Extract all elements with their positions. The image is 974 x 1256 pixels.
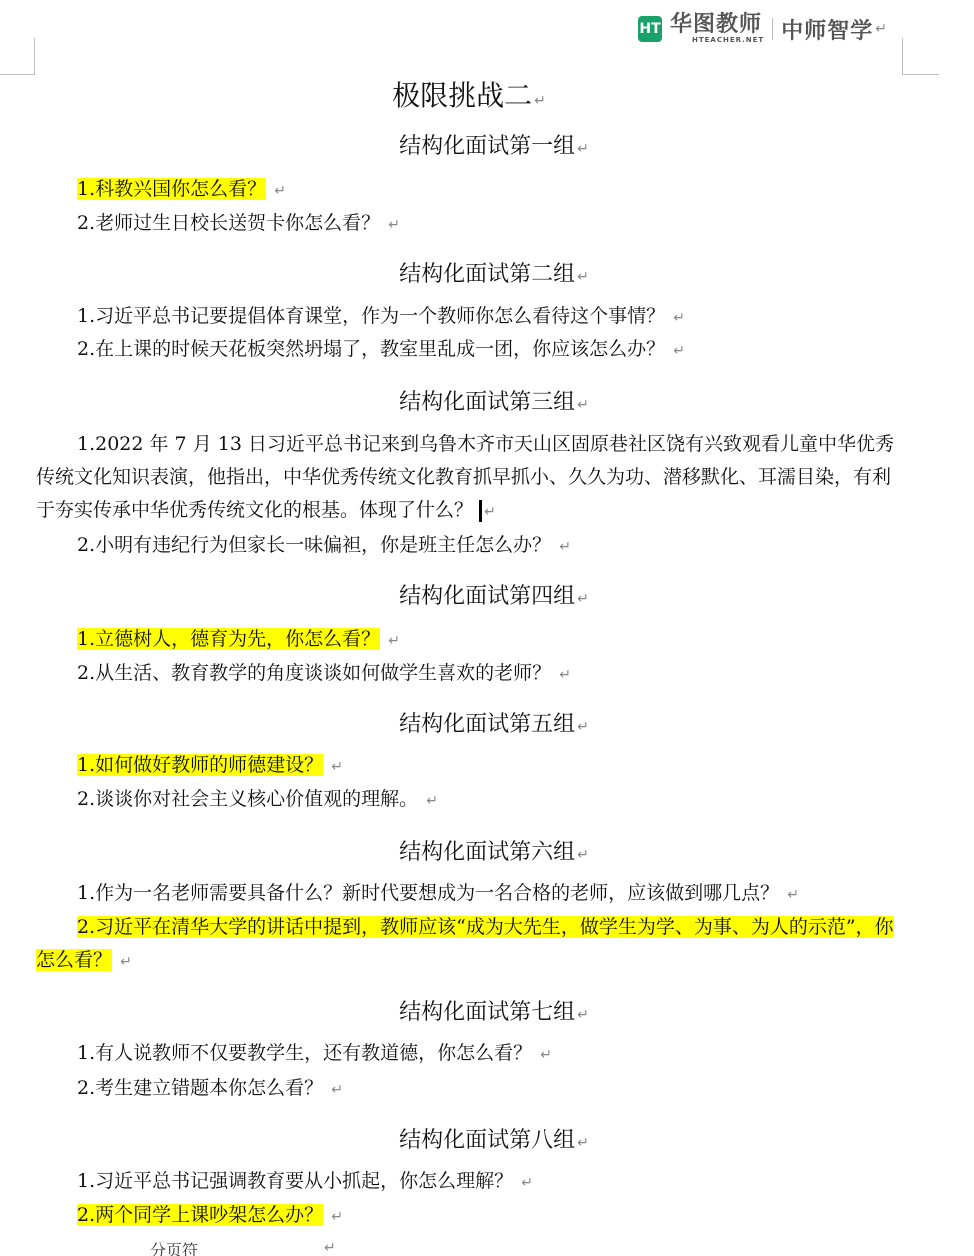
question-paragraph[interactable]: 2.老师过生日校长送贺卡你怎么看？ ↵ bbox=[36, 207, 906, 242]
paragraph-mark-icon: ↵ bbox=[331, 759, 343, 775]
question-paragraph[interactable]: 1.立德树人，德育为先，你怎么看？ ↵ bbox=[36, 623, 906, 658]
group-title[interactable]: 结构化面试第一组↵ bbox=[0, 132, 974, 164]
question-text: 2.在上课的时候天花板突然坍塌了，教室里乱成一团，你应该怎么办？ bbox=[77, 338, 665, 360]
paragraph-mark-icon: ↵ bbox=[388, 633, 400, 649]
question-paragraph[interactable]: 1.2022 年 7 月 13 日习近平总书记来到乌鲁木齐市天山区固原巷社区饶有… bbox=[36, 428, 906, 529]
group-title-text: 结构化面试第四组 bbox=[399, 584, 575, 609]
paragraph-mark-icon: ↵ bbox=[120, 954, 132, 970]
question-text: 1.2022 年 7 月 13 日习近平总书记来到乌鲁木齐市天山区固原巷社区饶有… bbox=[36, 433, 894, 521]
question-text: 2.两个同学上课吵架怎么办？ bbox=[77, 1204, 323, 1226]
paragraph-mark-icon: ↵ bbox=[577, 1007, 589, 1023]
group-title[interactable]: 结构化面试第七组↵ bbox=[0, 998, 974, 1030]
group-title-text: 结构化面试第五组 bbox=[399, 712, 575, 737]
paragraph-mark-icon: ↵ bbox=[484, 504, 496, 520]
group-title[interactable]: 结构化面试第三组↵ bbox=[0, 388, 974, 420]
question-text: 1.习近平总书记强调教育要从小抓起，你怎么理解？ bbox=[77, 1170, 513, 1192]
paragraph-mark-icon: ↵ bbox=[577, 591, 589, 607]
question-paragraph[interactable]: 1.作为一名老师需要具备什么？新时代要想成为一名合格的老师，应该做到哪几点？ ↵ bbox=[36, 877, 906, 912]
paragraph-mark-icon: ↵ bbox=[559, 667, 571, 683]
question-text: 2.小明有违纪行为但家长一味偏袒，你是班主任怎么办？ bbox=[77, 534, 551, 556]
paragraph-mark-icon: ↵ bbox=[331, 1209, 343, 1225]
paragraph-mark-icon: ↵ bbox=[577, 1135, 589, 1151]
question-text: 1.立德树人，德育为先，你怎么看？ bbox=[77, 628, 380, 650]
text-cursor bbox=[479, 500, 482, 522]
brand-logo-icon: HT bbox=[638, 16, 662, 42]
document-title[interactable]: 极限挑战二↵ bbox=[0, 76, 938, 121]
paragraph-mark-icon: ↵ bbox=[577, 269, 589, 285]
question-paragraph[interactable]: 1.习近平总书记强调教育要从小抓起，你怎么理解？ ↵ bbox=[36, 1165, 906, 1200]
page-corner-mark-top-right bbox=[902, 38, 939, 75]
group-title-text: 结构化面试第二组 bbox=[399, 262, 575, 287]
question-text: 1.有人说教师不仅要教学生，还有教道德，你怎么看？ bbox=[77, 1042, 532, 1064]
question-text: 1.科教兴国你怎么看？ bbox=[77, 178, 266, 200]
paragraph-mark-icon: ↵ bbox=[324, 1240, 336, 1256]
paragraph-mark-icon: ↵ bbox=[388, 217, 400, 233]
paragraph-mark-icon: ↵ bbox=[673, 343, 685, 359]
question-paragraph[interactable]: 1.习近平总书记要提倡体育课堂，作为一个教师你怎么看待这个事情？ ↵ bbox=[36, 300, 906, 335]
group-title[interactable]: 结构化面试第六组↵ bbox=[0, 838, 974, 870]
paragraph-mark-icon: ↵ bbox=[534, 93, 546, 109]
paragraph-mark-icon: ↵ bbox=[559, 539, 571, 555]
paragraph-mark-icon: ↵ bbox=[673, 310, 685, 326]
group-title-text: 结构化面试第八组 bbox=[399, 1128, 575, 1153]
logo-divider bbox=[772, 18, 773, 40]
question-paragraph[interactable]: 2.小明有违纪行为但家长一味偏袒，你是班主任怎么办？ ↵ bbox=[36, 529, 906, 564]
question-paragraph[interactable]: 2.两个同学上课吵架怎么办？ ↵ bbox=[36, 1199, 906, 1234]
question-paragraph[interactable]: 2.考生建立错题本你怎么看？ ↵ bbox=[36, 1072, 906, 1107]
question-text: 2.谈谈你对社会主义核心价值观的理解。 bbox=[77, 788, 418, 810]
paragraph-mark-icon: ↵ bbox=[577, 719, 589, 735]
group-title[interactable]: 结构化面试第五组↵ bbox=[0, 710, 974, 742]
question-paragraph[interactable]: 1.如何做好教师的师德建设？ ↵ bbox=[36, 749, 906, 784]
group-title-text: 结构化面试第一组 bbox=[399, 134, 575, 159]
question-paragraph[interactable]: 1.有人说教师不仅要教学生，还有教道德，你怎么看？ ↵ bbox=[36, 1037, 906, 1072]
question-paragraph[interactable]: 2.从生活、教育教学的角度谈谈如何做学生喜欢的老师？ ↵ bbox=[36, 657, 906, 692]
paragraph-mark-icon: ↵ bbox=[787, 887, 799, 903]
question-text: 2.习近平在清华大学的讲话中提到，教师应该“成为大先生，做学生为学、为事、为人的… bbox=[36, 916, 894, 971]
question-text: 1.作为一名老师需要具备什么？新时代要想成为一名合格的老师，应该做到哪几点？ bbox=[77, 882, 779, 904]
brand-sub-name: 中师智学 bbox=[781, 14, 873, 45]
question-text: 2.老师过生日校长送贺卡你怎么看？ bbox=[77, 212, 380, 234]
group-title-text: 结构化面试第七组 bbox=[399, 1000, 575, 1025]
question-paragraph[interactable]: 2.谈谈你对社会主义核心价值观的理解。 ↵ bbox=[36, 783, 906, 818]
brand-name: 华图教师 HTEACHER.NET bbox=[670, 14, 764, 44]
paragraph-mark-icon: ↵ bbox=[331, 1082, 343, 1098]
paragraph-mark-icon: ↵ bbox=[577, 397, 589, 413]
paragraph-mark-icon: ↵ bbox=[521, 1175, 533, 1191]
group-title-text: 结构化面试第三组 bbox=[399, 390, 575, 415]
brand-name-en: HTEACHER.NET bbox=[692, 36, 764, 44]
question-paragraph[interactable]: 2.在上课的时候天花板突然坍塌了，教室里乱成一团，你应该怎么办？ ↵ bbox=[36, 333, 906, 368]
page-break-label: 分页符 bbox=[150, 1241, 198, 1256]
paragraph-mark-icon: ↵ bbox=[274, 183, 286, 199]
question-paragraph[interactable]: 1.科教兴国你怎么看？ ↵ bbox=[36, 173, 906, 208]
paragraph-mark-icon: ↵ bbox=[540, 1047, 552, 1063]
group-title[interactable]: 结构化面试第八组↵ bbox=[0, 1126, 974, 1158]
question-text: 1.如何做好教师的师德建设？ bbox=[77, 754, 323, 776]
group-title[interactable]: 结构化面试第四组↵ bbox=[0, 582, 974, 614]
paragraph-mark-icon: ↵ bbox=[426, 793, 438, 809]
group-title-text: 结构化面试第六组 bbox=[399, 840, 575, 865]
group-title[interactable]: 结构化面试第二组↵ bbox=[0, 260, 974, 292]
brand-name-cn: 华图教师 bbox=[670, 14, 762, 36]
question-paragraph[interactable]: 2.习近平在清华大学的讲话中提到，教师应该“成为大先生，做学生为学、为事、为人的… bbox=[36, 911, 906, 979]
page-corner-mark-top-left bbox=[0, 38, 35, 75]
paragraph-mark-icon: ↵ bbox=[577, 847, 589, 863]
paragraph-mark-icon: ↵ bbox=[577, 141, 589, 157]
document-title-text: 极限挑战二 bbox=[392, 79, 532, 112]
page-break-marker: 分页符 ↵ bbox=[150, 1238, 198, 1256]
question-text: 2.从生活、教育教学的角度谈谈如何做学生喜欢的老师？ bbox=[77, 662, 551, 684]
question-text: 2.考生建立错题本你怎么看？ bbox=[77, 1077, 323, 1099]
header-logo: HT 华图教师 HTEACHER.NET 中师智学 ↵ bbox=[638, 14, 887, 44]
paragraph-mark-icon: ↵ bbox=[875, 21, 887, 37]
question-text: 1.习近平总书记要提倡体育课堂，作为一个教师你怎么看待这个事情？ bbox=[77, 305, 665, 327]
